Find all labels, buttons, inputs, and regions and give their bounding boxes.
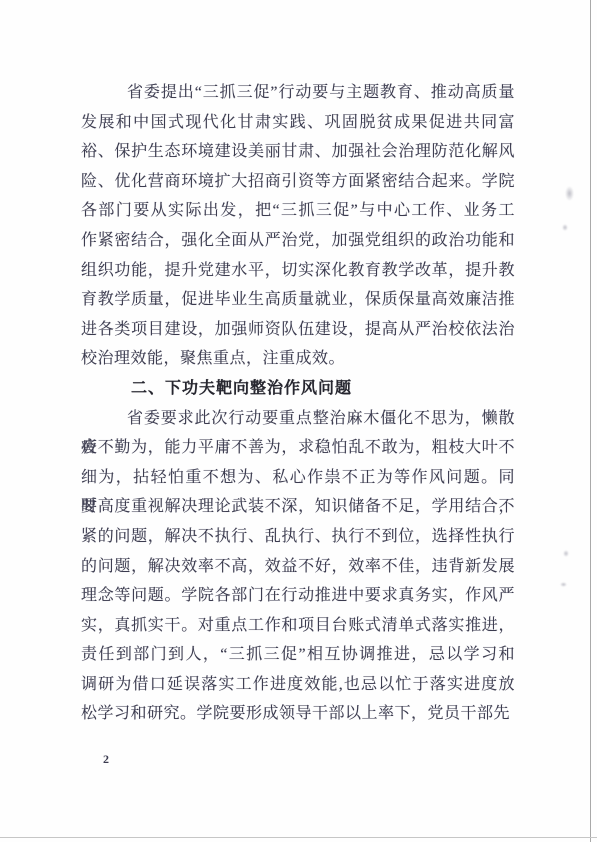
text-line: 实，真抓实干。对重点工作和项目台账式清单式落实推进， bbox=[81, 611, 515, 641]
text-line: 沓不勤为，能力平庸不善为，求稳怕乱不敢为，粗枝大叶不 bbox=[81, 433, 515, 463]
text-line: 理念等问题。学院各部门在行动推进中要求真务实，作风严 bbox=[81, 581, 515, 611]
scan-edge-right bbox=[590, 0, 591, 842]
text-line: 各部门要从实际出发，把“三抓三促”与中心工作、业务工 bbox=[81, 196, 515, 226]
scan-smudge bbox=[565, 186, 574, 201]
text-line: 险、优化营商环境扩大招商引资等方面紧密结合起来。学院 bbox=[81, 167, 515, 197]
text-line: 的问题，解决效率不高，效益不好，效率不佳，违背新发展 bbox=[81, 552, 515, 582]
text-line: 松学习和研究。学院要形成领导干部以上率下，党员干部先 bbox=[81, 699, 515, 729]
text-line: 育教学质量，促进毕业生高质量就业，保质保量高效廉洁推 bbox=[81, 285, 515, 315]
document-page: 省委提出“三抓三促”行动要与主题教育、推动高质量发展和中国式现代化甘肃实践、巩固… bbox=[0, 0, 597, 842]
section-heading: 二、下功夫靶向整治作风问题 bbox=[81, 374, 515, 404]
text-line: 作紧密结合，强化全面从严治党，加强党组织的政治功能和 bbox=[81, 226, 515, 256]
text-line: 责任到部门到人，“三抓三促”相互协调推进，忌以学习和 bbox=[81, 640, 515, 670]
scan-edge-bottom bbox=[0, 837, 597, 838]
text-line: 细为，拈轻怕重不想为、私心作祟不正为等作风问题。同时， bbox=[81, 463, 515, 493]
text-line: 省委提出“三抓三促”行动要与主题教育、推动高质量 bbox=[81, 78, 515, 108]
text-line: 校治理效能，聚焦重点，注重成效。 bbox=[81, 344, 515, 374]
text-line: 要高度重视解决理论武装不深，知识储备不足，学用结合不 bbox=[81, 492, 515, 522]
text-line: 省委要求此次行动要重点整治麻木僵化不思为，懒散疲 bbox=[81, 404, 515, 434]
text-line: 裕、保护生态环境建设美丽甘肃、加强社会治理防范化解风 bbox=[81, 137, 515, 167]
text-line: 紧的问题，解决不执行、乱执行、执行不到位，选择性执行 bbox=[81, 522, 515, 552]
text-line: 发展和中国式现代化甘肃实践、巩固脱贫成果促进共同富 bbox=[81, 108, 515, 138]
text-line: 组织功能，提升党建水平，切实深化教育教学改革，提升教 bbox=[81, 256, 515, 286]
page-number: 2 bbox=[103, 752, 109, 767]
scan-smudge bbox=[562, 224, 568, 231]
document-body: 省委提出“三抓三促”行动要与主题教育、推动高质量发展和中国式现代化甘肃实践、巩固… bbox=[81, 78, 515, 729]
scan-smudge bbox=[563, 550, 569, 557]
scan-smudge bbox=[560, 582, 567, 587]
text-line: 进各类项目建设，加强师资队伍建设，提高从严治校依法治 bbox=[81, 315, 515, 345]
text-line: 调研为借口延误落实工作进度效能,也忌以忙于落实进度放 bbox=[81, 670, 515, 700]
